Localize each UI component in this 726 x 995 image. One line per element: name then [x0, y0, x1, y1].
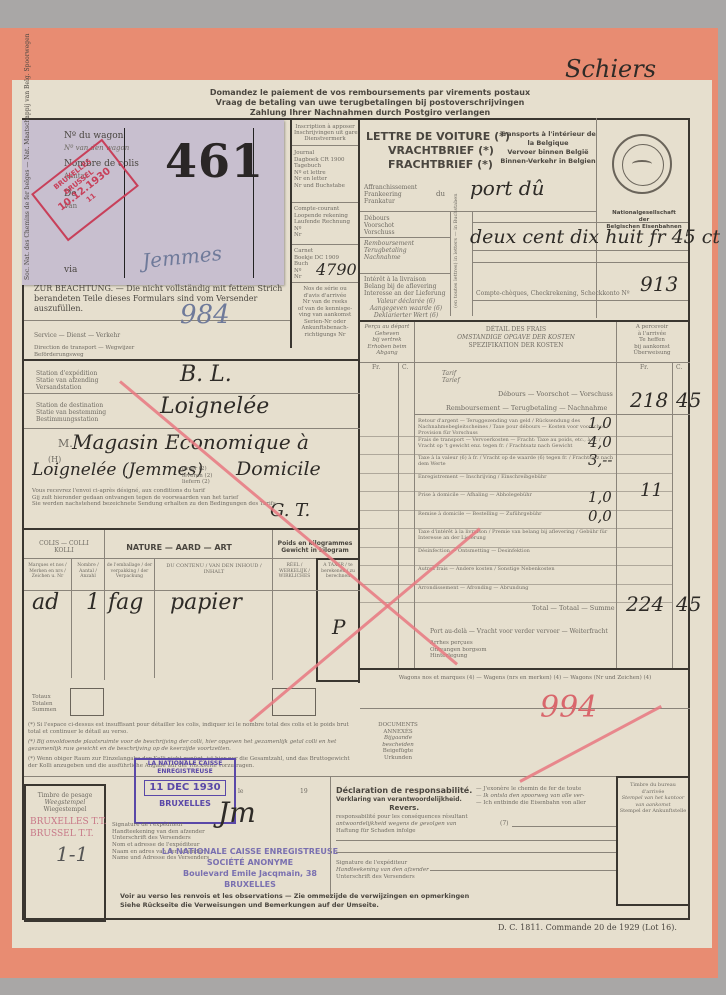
delivery-labels: livrer (2)leveren (2)liefern (2)	[182, 466, 212, 486]
red-pencil-number: 994	[540, 690, 597, 725]
midcol-block2: JournalDagboek CR 1900TagebuchNº et lett…	[294, 150, 356, 189]
divider	[154, 558, 155, 678]
divider	[414, 414, 690, 415]
colis-header: COLIS — COLLIKOLLI	[24, 540, 104, 554]
debours-line: Débours — Voorschot — Vorschuss	[498, 390, 613, 398]
side-amount: 11	[640, 480, 663, 501]
frais-row-label: Prise à domicile — Afhaling — Abholegebü…	[418, 492, 614, 509]
station-exp-value: B. L.	[180, 362, 232, 387]
carnet-number: 4790	[316, 260, 357, 279]
declaration-body-2: responsabilité pour les conséquences rés…	[336, 814, 468, 835]
col-marks: Marques et nos / Merken en nrs / Zeichen…	[25, 563, 70, 580]
frais-row-value: 4,0	[588, 433, 612, 451]
timbre-handwritten: 1-1	[56, 842, 88, 866]
instruction-nl: Vraag de betaling van uwe terugbetalinge…	[150, 98, 590, 108]
frais-row-value: 3,--	[588, 451, 612, 469]
waybill-title: LETTRE DE VOITURE (*) VRACHTBRIEF (*) FR…	[366, 130, 510, 172]
remboursement-amount-words: deux cent dix huit fr 45 ct	[470, 226, 720, 248]
frais-row-label: Arrondissement — Afronding — Abrundung	[418, 585, 614, 602]
declaration-marker: (7)	[500, 820, 509, 828]
amount-in-letters-note: (en toutes lettres) in letters — in Buch…	[452, 218, 470, 308]
instruction-de: Zahlung Ihrer Nachnahmen durch Postgiro …	[150, 108, 590, 118]
col-content: DU CONTENU / VAN DEN INHOUD / INHALT	[156, 563, 272, 575]
label-via: via	[64, 266, 77, 274]
divider	[24, 558, 360, 559]
destinataire-address: Loignelée (Jemmes)	[32, 460, 203, 480]
divider	[292, 145, 358, 146]
totaux-count-box	[70, 688, 104, 716]
remboursement-line: Remboursement — Terugbetaling — Nachnahm…	[446, 404, 607, 412]
frais-row-label: Taxe à la valeur (6) à fr. / Vracht op d…	[418, 455, 614, 472]
divider	[24, 320, 290, 321]
timbre-labels: Timbre de pesageWeegstempelWiegestempel	[28, 792, 102, 813]
wagons-line: Wagons nos et marques (4) — Wagens (nrs …	[362, 674, 688, 682]
divider	[360, 273, 450, 274]
frais-row-label: Enregistrement — Inschrijving / Einschre…	[418, 474, 614, 491]
direction-labels: Direction de transport — WegwijzerBeförd…	[34, 345, 134, 358]
divider	[272, 530, 273, 680]
station-dest-value: Loignelée	[160, 394, 269, 419]
footer-voir: Voir au verso les renvois et les observa…	[120, 892, 610, 910]
total-c: 45	[676, 592, 701, 616]
col-c-left: C.	[402, 364, 408, 372]
frais-row-label: Retour d'argent — Teruggezending van gel…	[418, 418, 614, 435]
midcol-block3: Compte-courantLoopende rekeningLaufende …	[294, 206, 356, 239]
totaux-weight-box	[272, 688, 316, 716]
total-label: Total — Totaal — Summe	[532, 604, 615, 612]
compte-cheques-value: 913	[640, 272, 678, 296]
remboursement-labels: RemboursementTerugbetalingNachnahme	[364, 240, 414, 261]
divider	[336, 840, 616, 841]
divider	[472, 262, 688, 263]
title-de: FRACHTBRIEF	[388, 158, 473, 171]
declaration-body: — J'exonère le chemin de fer de toute— I…	[476, 786, 586, 807]
divider	[360, 320, 690, 322]
affranchissement-value: port dû	[470, 176, 544, 200]
instruction-fr: Domandez le paiement de vos remboursemen…	[150, 88, 590, 98]
payment-instructions: Domandez le paiement de vos remboursemen…	[150, 88, 590, 118]
sender-company-stamp: LA NATIONALE CAISSE ENREGISTREUSESOCIÉTÉ…	[150, 846, 350, 890]
affranchissement-labels: AffranchissementFrankeeringFrankatur	[364, 184, 417, 205]
total-fr: 224	[626, 592, 664, 616]
place-date-le: le	[238, 788, 243, 796]
year-prefix: 19	[300, 788, 308, 796]
print-reference: D. C. 1811. Commande 20 de 1929 (Lot 16)…	[498, 924, 677, 932]
tariff-terms: Vous recevrez l'envoi ci-après désigné, …	[32, 488, 276, 508]
divider	[672, 362, 673, 670]
port-au-dela: Port au-delà — Vracht voor verder vervoe…	[430, 628, 608, 636]
declaration: Déclaration de responsabilité. Verklarin…	[336, 786, 472, 813]
divider	[292, 202, 358, 203]
frais-row-value: 1,0	[588, 414, 612, 432]
beachtung-notice: ZUR BEACHTUNG. — Die nicht vollständig m…	[34, 284, 284, 314]
divider	[512, 826, 616, 827]
detail-header: DÉTAIL DES FRAISOMSTANDIGE OPGAVE DER KO…	[418, 326, 614, 350]
title-fr: LETTRE DE VOITURE	[366, 130, 490, 143]
service-value: 984	[180, 300, 230, 330]
divider	[24, 359, 360, 361]
divider	[360, 211, 596, 212]
col-packaging: de l'emballage / der verpakking / der Ve…	[105, 563, 154, 580]
divider	[450, 211, 451, 316]
divider	[292, 282, 358, 283]
col-fr-left: Fr.	[372, 364, 380, 372]
station-dest-labels: Station de destinationStatie van bestemm…	[36, 402, 106, 423]
valeur-labels: Valeur déclarée (6)Aangegeven waarde (6)…	[362, 298, 450, 319]
divider	[472, 300, 688, 301]
tarif-label: TarifTarief	[442, 370, 460, 384]
divider	[472, 222, 688, 223]
timbre-stamp: BRUXELLES T.T.BRUSSEL T.T.	[30, 816, 107, 840]
divider	[104, 530, 105, 680]
divider	[24, 776, 690, 777]
documents-annexes: DOCUMENTSANNEXÉSBijgaandebescheidenBeige…	[368, 722, 428, 761]
totaux-labels: TotauxTotalenSummen	[32, 694, 57, 714]
delivery-mode: Domicile	[236, 458, 321, 480]
col-c-right: C.	[676, 364, 682, 372]
frais-row-label: Frais de transport — Vervoerkosten — Fra…	[418, 437, 614, 454]
divider	[360, 668, 690, 670]
divider	[472, 250, 688, 251]
row-taxed-weight: P	[332, 615, 345, 639]
midcol-block5: Nos de série oud'avis d'arrivéeNr van de…	[294, 286, 356, 338]
interet-labels: Intérêt à la livraisonBelang bij de afle…	[364, 276, 445, 297]
service-label: Service — Dienst — Verkehr	[34, 332, 120, 340]
note-fr: (*) Si l'espace ci-dessus est insuffisan…	[28, 722, 358, 736]
percu-header: Perçu au départGehevenbij vertrekErhoben…	[360, 324, 414, 357]
divider	[616, 322, 617, 670]
divider	[336, 852, 616, 853]
divider	[398, 362, 399, 670]
frais-row-label: Taxe d'intérêt à la livraison / Premie v…	[418, 529, 614, 546]
row-content: papier	[170, 590, 242, 615]
divider	[360, 237, 450, 238]
declaration-signature-labels: Signature de l'expéditeurHandteekening v…	[336, 860, 429, 881]
divider	[24, 428, 360, 429]
signature-labels: Signature de l'expéditeurHandteekening v…	[112, 822, 205, 842]
divider	[360, 362, 690, 363]
transport-scope: Transports à l'intérieur de la Belgique …	[500, 130, 596, 166]
remboursement-c: 45	[676, 388, 701, 412]
frais-row-value: 0,0	[588, 507, 612, 525]
label-wagon-no: Nº du wagon	[64, 132, 123, 140]
registration-date: 11 DEC 1930	[144, 780, 226, 796]
debours-labels: DéboursVoorschotVorschuss	[364, 215, 395, 236]
divider	[292, 244, 358, 245]
divider	[330, 776, 331, 896]
divider	[430, 870, 616, 871]
divider	[596, 118, 597, 318]
row-count: 1	[86, 590, 100, 615]
destinataire-prefix: M.	[58, 440, 73, 448]
divider	[290, 118, 292, 348]
row-marks: ad	[32, 590, 59, 615]
sender-signature: Jm	[218, 796, 256, 829]
wagon-number: 461	[165, 134, 264, 188]
divider	[414, 322, 415, 670]
railway-seal-icon	[612, 134, 672, 194]
remboursement-fr: 218	[630, 388, 668, 412]
top-signature: Schiers	[565, 55, 656, 83]
percevoir-header: A percevoirà l'arrivéeTe heffenbij aanko…	[616, 324, 688, 357]
arrival-stamp-labels: Timbre du bureau d'arrivéeStempel van he…	[618, 782, 688, 815]
compte-cheques-label: Compte-chèques, Checkrekening, Scheckkon…	[476, 290, 630, 298]
col-fr-right: Fr.	[640, 364, 648, 372]
midcol-block1: Inscription à apposerInschrijvingen uit …	[294, 124, 356, 142]
frais-row-label: Autres frais — Andere kosten / Sonstige …	[418, 566, 614, 583]
divider	[360, 708, 690, 709]
col-count: Nombre / Aantal / Anzahl	[72, 563, 104, 580]
row-packaging: fag	[108, 590, 143, 615]
title-nl: VRACHTBRIEF	[388, 144, 474, 157]
frais-row-label: Remise à domicile — Bestelling — Zuführg…	[418, 511, 614, 528]
col-weight-real: RÉEL / WERKELIJK / WIRKLICHES	[273, 563, 316, 580]
note-nl: (*) Bij onvoldoende plaatsruimte voor de…	[28, 739, 358, 753]
divider	[24, 528, 360, 530]
frais-row-value: 1,0	[588, 488, 612, 506]
wagon-number-tag: 461	[124, 128, 254, 278]
nature-header: NATURE — AARD — ART	[104, 544, 254, 552]
station-exp-labels: Station d'expéditionStatie van afzending…	[36, 370, 98, 391]
affranchissement-prefix: du	[436, 190, 445, 198]
